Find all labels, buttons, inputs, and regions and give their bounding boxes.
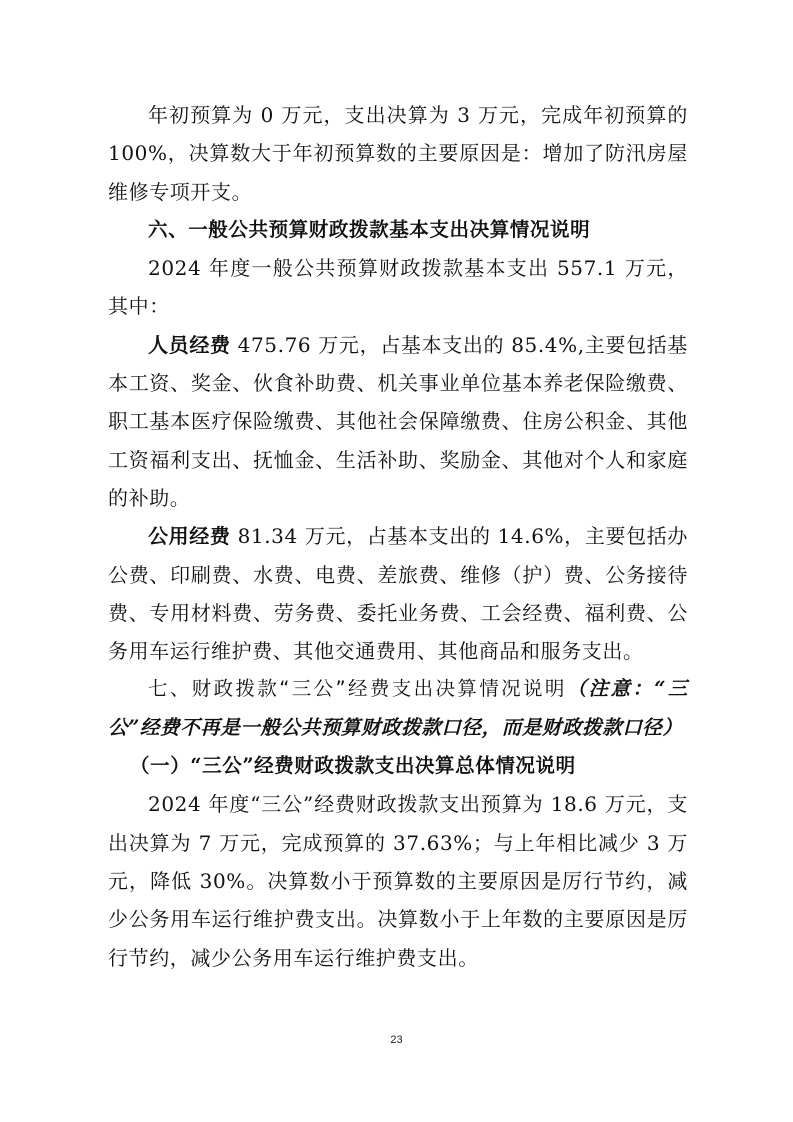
- section-7-heading: 七、财政拨款“三公”经费支出决算情况说明（注意：“三公”经费不再是一般公共预算财…: [108, 670, 688, 747]
- subsection-1-heading: （一）“三公”经费财政拨款支出决算总体情况说明: [108, 747, 688, 785]
- public-expense-paragraph: 公用经费 81.34 万元，占基本支出的 14.6%，主要包括办公费、印刷费、水…: [108, 517, 688, 670]
- public-expense-label: 公用经费: [148, 524, 231, 548]
- page-content: 年初预算为 0 万元，支出决算为 3 万元，完成年初预算的100%，决算数大于年…: [108, 96, 688, 977]
- personnel-expense-text: 475.76 万元，占基本支出的 85.4%,主要包括基本工资、奖金、伙食补助费…: [108, 333, 688, 510]
- page-number: 23: [0, 1034, 793, 1046]
- document-page: 年初预算为 0 万元，支出决算为 3 万元，完成年初预算的100%，决算数大于年…: [0, 0, 793, 1122]
- personnel-expense-label: 人员经费: [148, 333, 231, 357]
- section-6-summary: 2024 年度一般公共预算财政拨款基本支出 557.1 万元，其中：: [108, 249, 688, 326]
- subsection-1-text: 2024 年度“三公”经费财政拨款支出预算为 18.6 万元，支出决算为 7 万…: [108, 785, 688, 976]
- section-7-title: 七、财政拨款“三公”经费支出决算情况说明: [148, 677, 567, 700]
- personnel-expense-paragraph: 人员经费 475.76 万元，占基本支出的 85.4%,主要包括基本工资、奖金、…: [108, 326, 688, 517]
- intro-paragraph: 年初预算为 0 万元，支出决算为 3 万元，完成年初预算的100%，决算数大于年…: [108, 96, 688, 211]
- section-6-heading: 六、一般公共预算财政拨款基本支出决算情况说明: [108, 211, 688, 249]
